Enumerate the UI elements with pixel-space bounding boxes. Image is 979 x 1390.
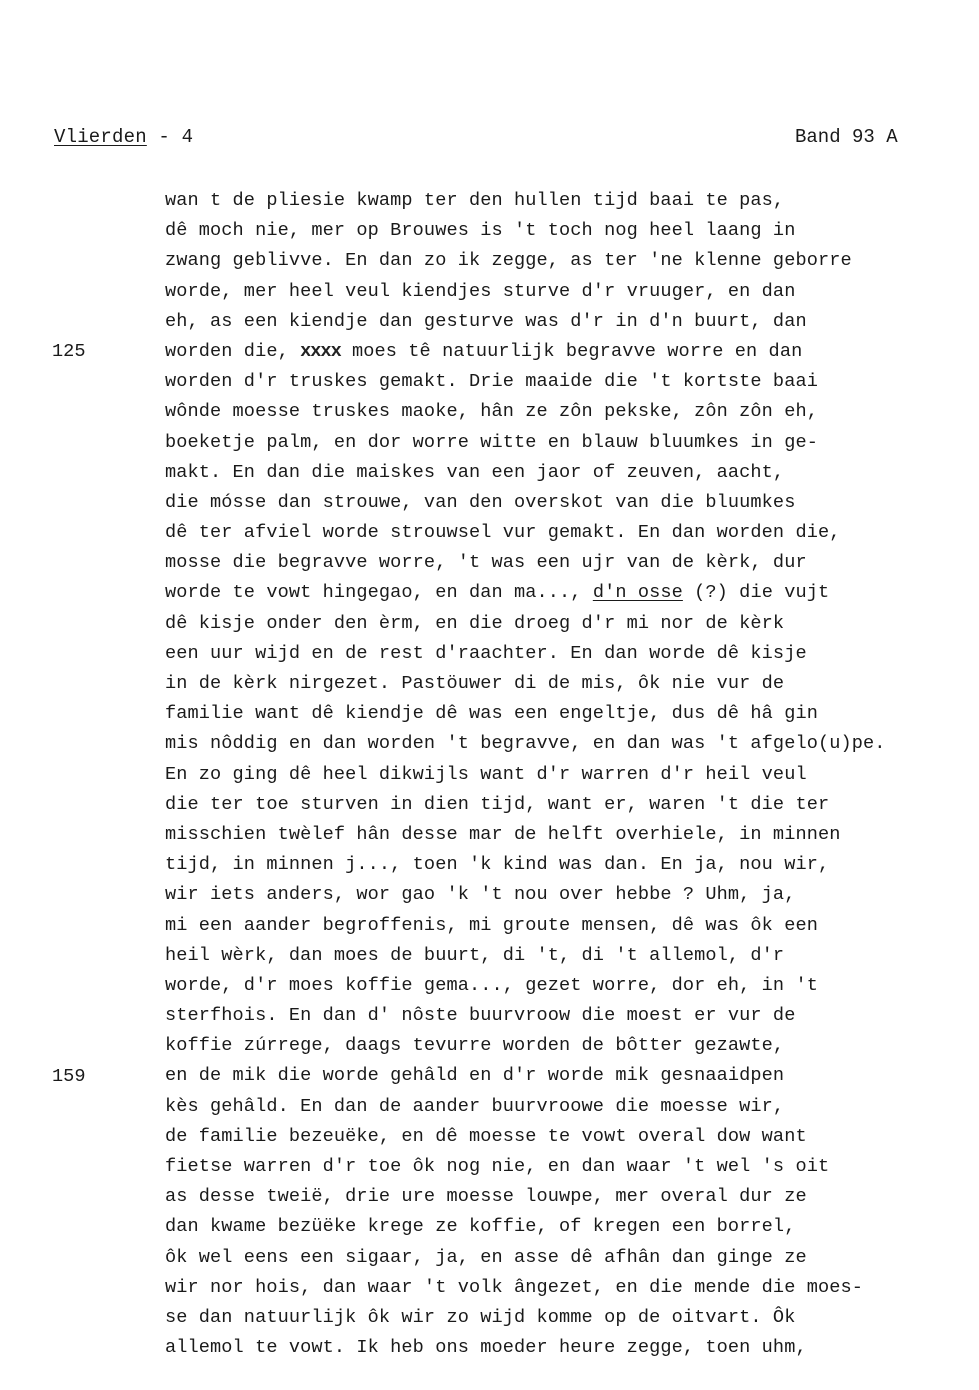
transcript-line: wônde moesse truskes maoke, hân ze zôn p…	[165, 397, 955, 427]
transcript-line: boeketje palm, en dor worre witte en bla…	[165, 428, 955, 458]
transcript-line: eh, as een kiendje dan gesturve was d'r …	[165, 307, 955, 337]
transcript-line: dê kisje onder den èrm, en die droeg d'r…	[165, 609, 955, 639]
transcript-line: worde, d'r moes koffie gema..., gezet wo…	[165, 971, 955, 1001]
line-text: die ter toe sturven in dien tijd, want e…	[165, 794, 829, 815]
transcript-line: ôk wel eens een sigaar, ja, en asse dê a…	[165, 1243, 955, 1273]
line-text: wônde moesse truskes maoke, hân ze zôn p…	[165, 401, 818, 422]
line-text: wir nor hois, dan waar 't volk ângezet, …	[165, 1277, 863, 1298]
line-text: fietse warren d'r toe ôk nog nie, en dan…	[165, 1156, 829, 1177]
line-text: as desse tweië, drie ure moesse louwpe, …	[165, 1186, 807, 1207]
transcript-line: die mósse dan strouwe, van den overskot …	[165, 488, 955, 518]
line-text: mi een aander begroffenis, mi groute men…	[165, 915, 818, 936]
transcript-line: koffie zúrrege, daags tevurre worden de …	[165, 1031, 955, 1061]
transcript-line: tijd, in minnen j..., toen 'k kind was d…	[165, 850, 955, 880]
transcript-line: mi een aander begroffenis, mi groute men…	[165, 911, 955, 941]
line-text: die mósse dan strouwe, van den overskot …	[165, 492, 795, 513]
transcript-line: de familie bezeuëke, en dê moesse te vow…	[165, 1122, 955, 1152]
transcript-line: en de mik die worde gehâld en d'r worde …	[165, 1061, 955, 1091]
line-text: En zo ging dê heel dikwijls want d'r war…	[165, 764, 807, 785]
line-text: allemol te vowt. Ik heb ons moeder heure…	[165, 1337, 807, 1358]
transcript-line: se dan natuurlijk ôk wir zo wijd komme o…	[165, 1303, 955, 1333]
line-text: tijd, in minnen j..., toen 'k kind was d…	[165, 854, 829, 875]
transcript-line: heil wèrk, dan moes de buurt, di 't, di …	[165, 941, 955, 971]
line-text: dê ter afviel worde strouwsel vur gemakt…	[165, 522, 840, 543]
transcript-line: worde te vowt hingegao, en dan ma..., d'…	[165, 578, 955, 608]
line-text: worden d'r truskes gemakt. Drie maaide d…	[165, 371, 818, 392]
line-text: wan t de pliesie kwamp ter den hullen ti…	[165, 190, 784, 211]
line-text: dê moch nie, mer op Brouwes is 't toch n…	[165, 220, 795, 241]
transcript-line: dan kwame bezüëke krege ze koffie, of kr…	[165, 1212, 955, 1242]
transcript-line: wan t de pliesie kwamp ter den hullen ti…	[165, 186, 955, 216]
transcript-line: En zo ging dê heel dikwijls want d'r war…	[165, 760, 955, 790]
line-text: worde te vowt hingegao, en dan ma...,	[165, 582, 593, 603]
line-text: eh, as een kiendje dan gesturve was d'r …	[165, 311, 807, 332]
transcript-line: mosse die begravve worre, 't was een ujr…	[165, 548, 955, 578]
transcript-line: die ter toe sturven in dien tijd, want e…	[165, 790, 955, 820]
transcript-line: zwang geblivve. En dan zo ik zegge, as t…	[165, 246, 955, 276]
band-label: Band 93 A	[795, 126, 898, 148]
line-text: ôk wel eens een sigaar, ja, en asse dê a…	[165, 1247, 807, 1268]
transcript-line: as desse tweië, drie ure moesse louwpe, …	[165, 1182, 955, 1212]
line-text: mis nôddig en dan worden 't begravve, en…	[165, 733, 886, 754]
line-text: wir iets anders, wor gao 'k 't nou over …	[165, 884, 795, 905]
line-text: dan kwame bezüëke krege ze koffie, of kr…	[165, 1216, 795, 1237]
margin-line-number: 159	[52, 1062, 85, 1092]
transcript-line: worden die, xxxx moes tê natuurlijk begr…	[165, 337, 955, 367]
transcript-line: wir nor hois, dan waar 't volk ângezet, …	[165, 1273, 955, 1303]
line-text: in de kèrk nirgezet. Pastöuwer di de mis…	[165, 673, 784, 694]
page-header-left: Vlierden - 4	[54, 126, 193, 148]
margin-line-number: 125	[52, 337, 85, 367]
transcript-line: kès gehâld. En dan de aander buurvroowe …	[165, 1092, 955, 1122]
transcript-line: worden d'r truskes gemakt. Drie maaide d…	[165, 367, 955, 397]
line-text: makt. En dan die maiskes van een jaor of…	[165, 462, 784, 483]
transcript-line: worde, mer heel veul kiendjes sturve d'r…	[165, 277, 955, 307]
transcript-body: wan t de pliesie kwamp ter den hullen ti…	[165, 186, 955, 1363]
line-text: (?) die vujt	[683, 582, 829, 603]
transcript-line: dê ter afviel worde strouwsel vur gemakt…	[165, 518, 955, 548]
transcript-line: sterfhois. En dan d' nôste buurvroow die…	[165, 1001, 955, 1031]
line-text: se dan natuurlijk ôk wir zo wijd komme o…	[165, 1307, 795, 1328]
struck-out-text: xxxx	[300, 341, 341, 362]
line-text: misschien twèlef hân desse mar de helft …	[165, 824, 840, 845]
line-text: een uur wijd en de rest d'raachter. En d…	[165, 643, 807, 664]
transcript-line: makt. En dan die maiskes van een jaor of…	[165, 458, 955, 488]
line-text: kès gehâld. En dan de aander buurvroowe …	[165, 1096, 784, 1117]
line-text: worde, d'r moes koffie gema..., gezet wo…	[165, 975, 818, 996]
line-text: dê kisje onder den èrm, en die droeg d'r…	[165, 613, 784, 634]
transcript-line: in de kèrk nirgezet. Pastöuwer di de mis…	[165, 669, 955, 699]
line-text: koffie zúrrege, daags tevurre worden de …	[165, 1035, 784, 1056]
line-text: boeketje palm, en dor worre witte en bla…	[165, 432, 818, 453]
line-text: worden die,	[165, 341, 300, 362]
line-text: zwang geblivve. En dan zo ik zegge, as t…	[165, 250, 852, 271]
transcript-line: mis nôddig en dan worden 't begravve, en…	[165, 729, 955, 759]
line-text: worde, mer heel veul kiendjes sturve d'r…	[165, 281, 795, 302]
transcript-line: misschien twèlef hân desse mar de helft …	[165, 820, 955, 850]
line-text: moes tê natuurlijk begravve worre en dan	[341, 341, 803, 362]
transcript-line: familie want dê kiendje dê was een engel…	[165, 699, 955, 729]
header-separator: -	[147, 126, 182, 148]
line-text: heil wèrk, dan moes de buurt, di 't, di …	[165, 945, 784, 966]
transcript-line: fietse warren d'r toe ôk nog nie, en dan…	[165, 1152, 955, 1182]
line-text: de familie bezeuëke, en dê moesse te vow…	[165, 1126, 807, 1147]
transcript-line: wir iets anders, wor gao 'k 't nou over …	[165, 880, 955, 910]
line-text: familie want dê kiendje dê was een engel…	[165, 703, 818, 724]
transcript-line: allemol te vowt. Ik heb ons moeder heure…	[165, 1333, 955, 1363]
transcript-line: een uur wijd en de rest d'raachter. En d…	[165, 639, 955, 669]
place-name: Vlierden	[54, 126, 147, 148]
line-text: en de mik die worde gehâld en d'r worde …	[165, 1065, 784, 1086]
underlined-phrase: d'n osse	[593, 582, 683, 603]
line-text: sterfhois. En dan d' nôste buurvroow die…	[165, 1005, 795, 1026]
transcript-line: dê moch nie, mer op Brouwes is 't toch n…	[165, 216, 955, 246]
line-text: mosse die begravve worre, 't was een ujr…	[165, 552, 807, 573]
page-number: 4	[182, 126, 194, 148]
document-page: Vlierden - 4 Band 93 A 125159 wan t de p…	[0, 0, 979, 1390]
